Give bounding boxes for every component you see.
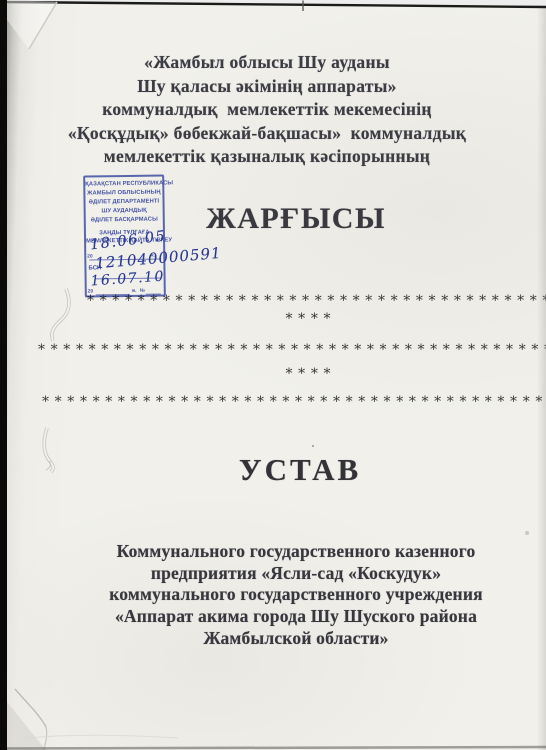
ru-org-line: «Аппарат акима города Шу Шуского района [42,606,546,628]
stamp-header-line: ӘДІЛЕТ ДЕПАРТАМЕНТІ [85,197,162,207]
right-edge-shadow [537,0,546,750]
asterisk-separator-row: * * * * * * * * * * * * * * * * * * * * … [42,394,546,410]
ru-org-line: коммунального государственного учреждени… [42,584,546,606]
ru-org-line: Коммунального государственного казенного [42,541,546,563]
organization-name-russian: Коммунального государственного казенного… [42,541,546,650]
registration-stamp: ҚАЗАҚСТАН РЕСПУБЛИКАСЫ ЖАМБЫЛ ОБЛЫСЫНЫҢ … [83,174,166,297]
kk-org-line: «Қосқұдық» бөбекжай-бақшасы» коммуналдық [25,122,509,146]
stamp-year-prefix: 20 [88,289,93,294]
ru-org-line: предприятия «Ясли-сад «Коскудук» [42,563,546,585]
kk-org-line: коммуналдық мемлекеттік мекемесінің [25,98,509,122]
asterisk-separator-row: * * * * * * * * * * * * * * * * * * * * … [38,342,546,358]
organization-name-kazakh: «Жамбыл облысы Шу ауданы Шу қаласы әкімі… [25,51,509,169]
stamp-blank-line [96,294,130,296]
kk-org-line: Шу қаласы әкімінің аппараты» [25,75,509,99]
scanned-charter-page: «Жамбыл облысы Шу ауданы Шу қаласы әкімі… [0,0,546,750]
stamp-year-suffix: ж. [132,289,137,294]
stamp-header-line: ӘДІЛЕТ БАСҚАРМАСЫ [86,215,163,225]
ru-org-line: Жамбылской области» [42,628,546,650]
stamp-blank-line [146,293,161,294]
stamp-number-sign: № [140,289,145,294]
asterisk-separator-row-short: * * * * [58,366,546,382]
document-title-russian: УСТАВ [50,452,546,488]
kk-org-line: «Жамбыл облысы Шу ауданы [25,51,509,75]
handwritten-issue-date: 16.07.10 [90,269,165,290]
kk-org-line: мемлекеттік қазыналық кәсіпорынның [25,145,509,169]
asterisk-separator-row-short: * * * * [58,311,546,327]
